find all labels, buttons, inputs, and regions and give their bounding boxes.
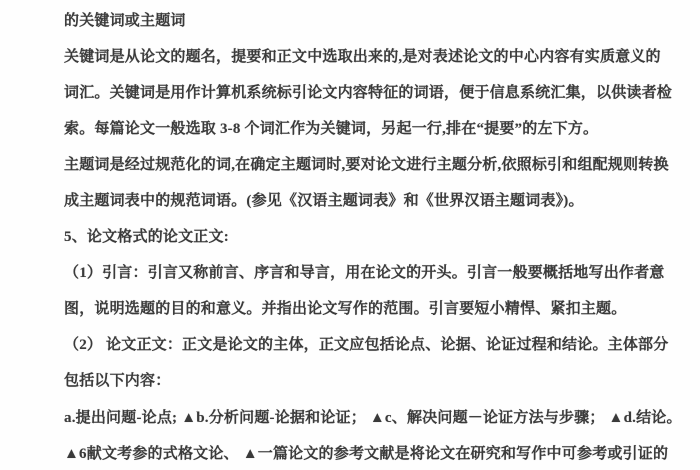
text-line: 5、论文格式的论文正文: (64, 218, 636, 254)
text-line: 索。每篇论文一般选取 3-8 个词汇作为关键词，另起一行,排在“提要”的左下方。 (64, 109, 636, 145)
text-line: （1）引言：引言又称前言、序言和导言，用在论文的开头。引言一般要概括地写出作者意 (64, 254, 636, 290)
text-line: ▲6献文考参的式格文论、 ▲一篇论文的参考文献是将论文在研究和写作中可参考或引证… (64, 434, 636, 470)
text-line: 包括以下内容： (64, 362, 636, 398)
text-line: 成主题词表中的规范词语。(参见《汉语主题词表》和《世界汉语主题词表》)。 (64, 181, 636, 217)
text-line: 的关键词或主题词 (64, 1, 636, 37)
document-page: 的关键词或主题词 关键词是从论文的题名，提要和正文中选取出来的,是对表述论文的中… (0, 0, 700, 470)
text-line: （2） 论文正文：正文是论文的主体，正文应包括论点、论据、论证过程和结论。主体部… (64, 326, 636, 362)
text-line: a.提出问题-论点; ▲b.分析问题-论据和论证； ▲c、解决问题－论证方法与步… (64, 398, 636, 434)
text-line: 关键词是从论文的题名，提要和正文中选取出来的,是对表述论文的中心内容有实质意义的 (64, 37, 636, 73)
text-line: 主题词是经过规范化的词,在确定主题词时,要对论文进行主题分析,依照标引和组配规则… (64, 145, 636, 181)
text-line: 词汇。关键词是用作计算机系统标引论文内容特征的词语，便于信息系统汇集，以供读者检 (64, 73, 636, 109)
text-line: 图，说明选题的目的和意义。并指出论文写作的范围。引言要短小精悍、紧扣主题。 (64, 290, 636, 326)
